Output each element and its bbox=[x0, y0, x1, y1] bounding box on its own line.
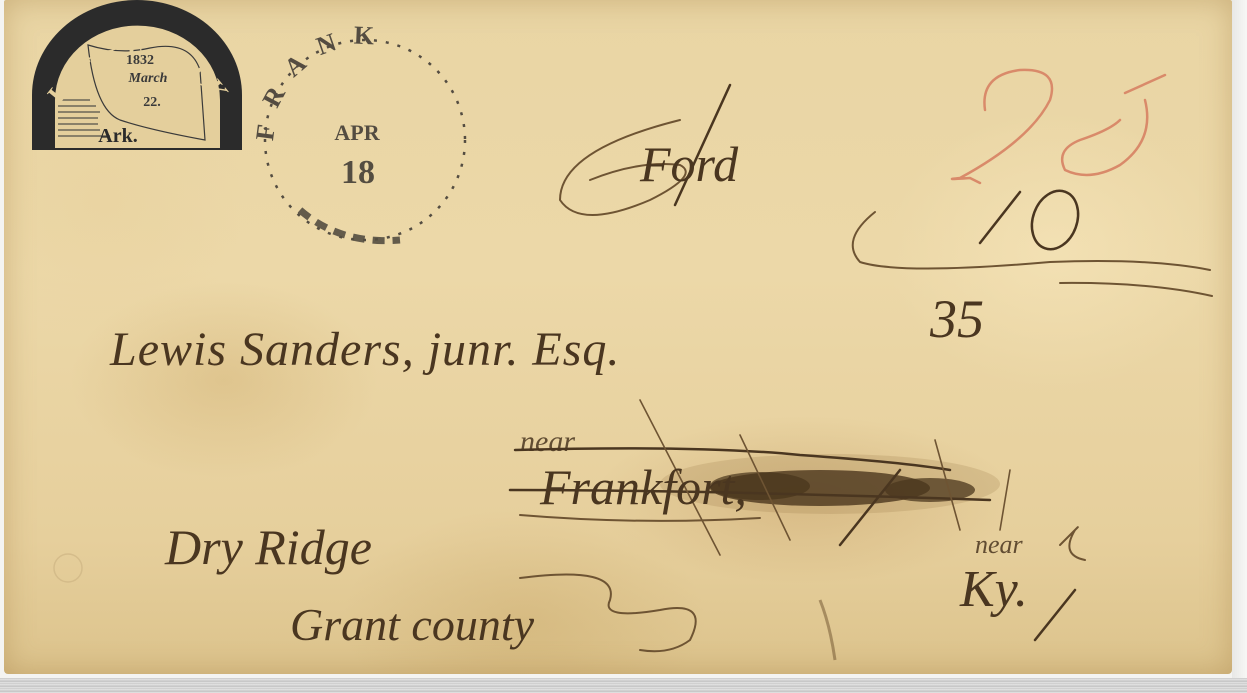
crossed-out-prefix: near bbox=[520, 425, 575, 459]
little-rock-handstamp: LITTLE ROCK 1832 March 22. Ark. bbox=[32, 0, 242, 150]
svg-text:35: 35 bbox=[929, 289, 984, 349]
red-rate-marking-25 bbox=[952, 70, 1165, 183]
svg-text:18: 18 bbox=[341, 154, 375, 191]
rate-ledger-strokes: 35 bbox=[853, 184, 1212, 349]
forwarding-note-ford: Ford bbox=[640, 135, 738, 193]
svg-text:Ark.: Ark. bbox=[98, 125, 137, 147]
svg-text:1832: 1832 bbox=[126, 53, 154, 68]
frankfort-circular-datestamp: FRANK APR 18 bbox=[250, 21, 465, 241]
svg-text:March: March bbox=[128, 71, 168, 86]
destination-line-2: Grant county bbox=[290, 598, 534, 651]
addressee-name: Lewis Sanders, junr. Esq. bbox=[110, 322, 620, 377]
svg-text:22.: 22. bbox=[143, 95, 161, 110]
destination-line-1: Dry Ridge bbox=[165, 518, 372, 576]
destination-state: Ky. bbox=[960, 560, 1028, 619]
svg-text:APR: APR bbox=[334, 120, 380, 145]
crossed-out-destination: Frankfort, bbox=[540, 458, 747, 516]
state-prefix: near bbox=[975, 530, 1023, 560]
